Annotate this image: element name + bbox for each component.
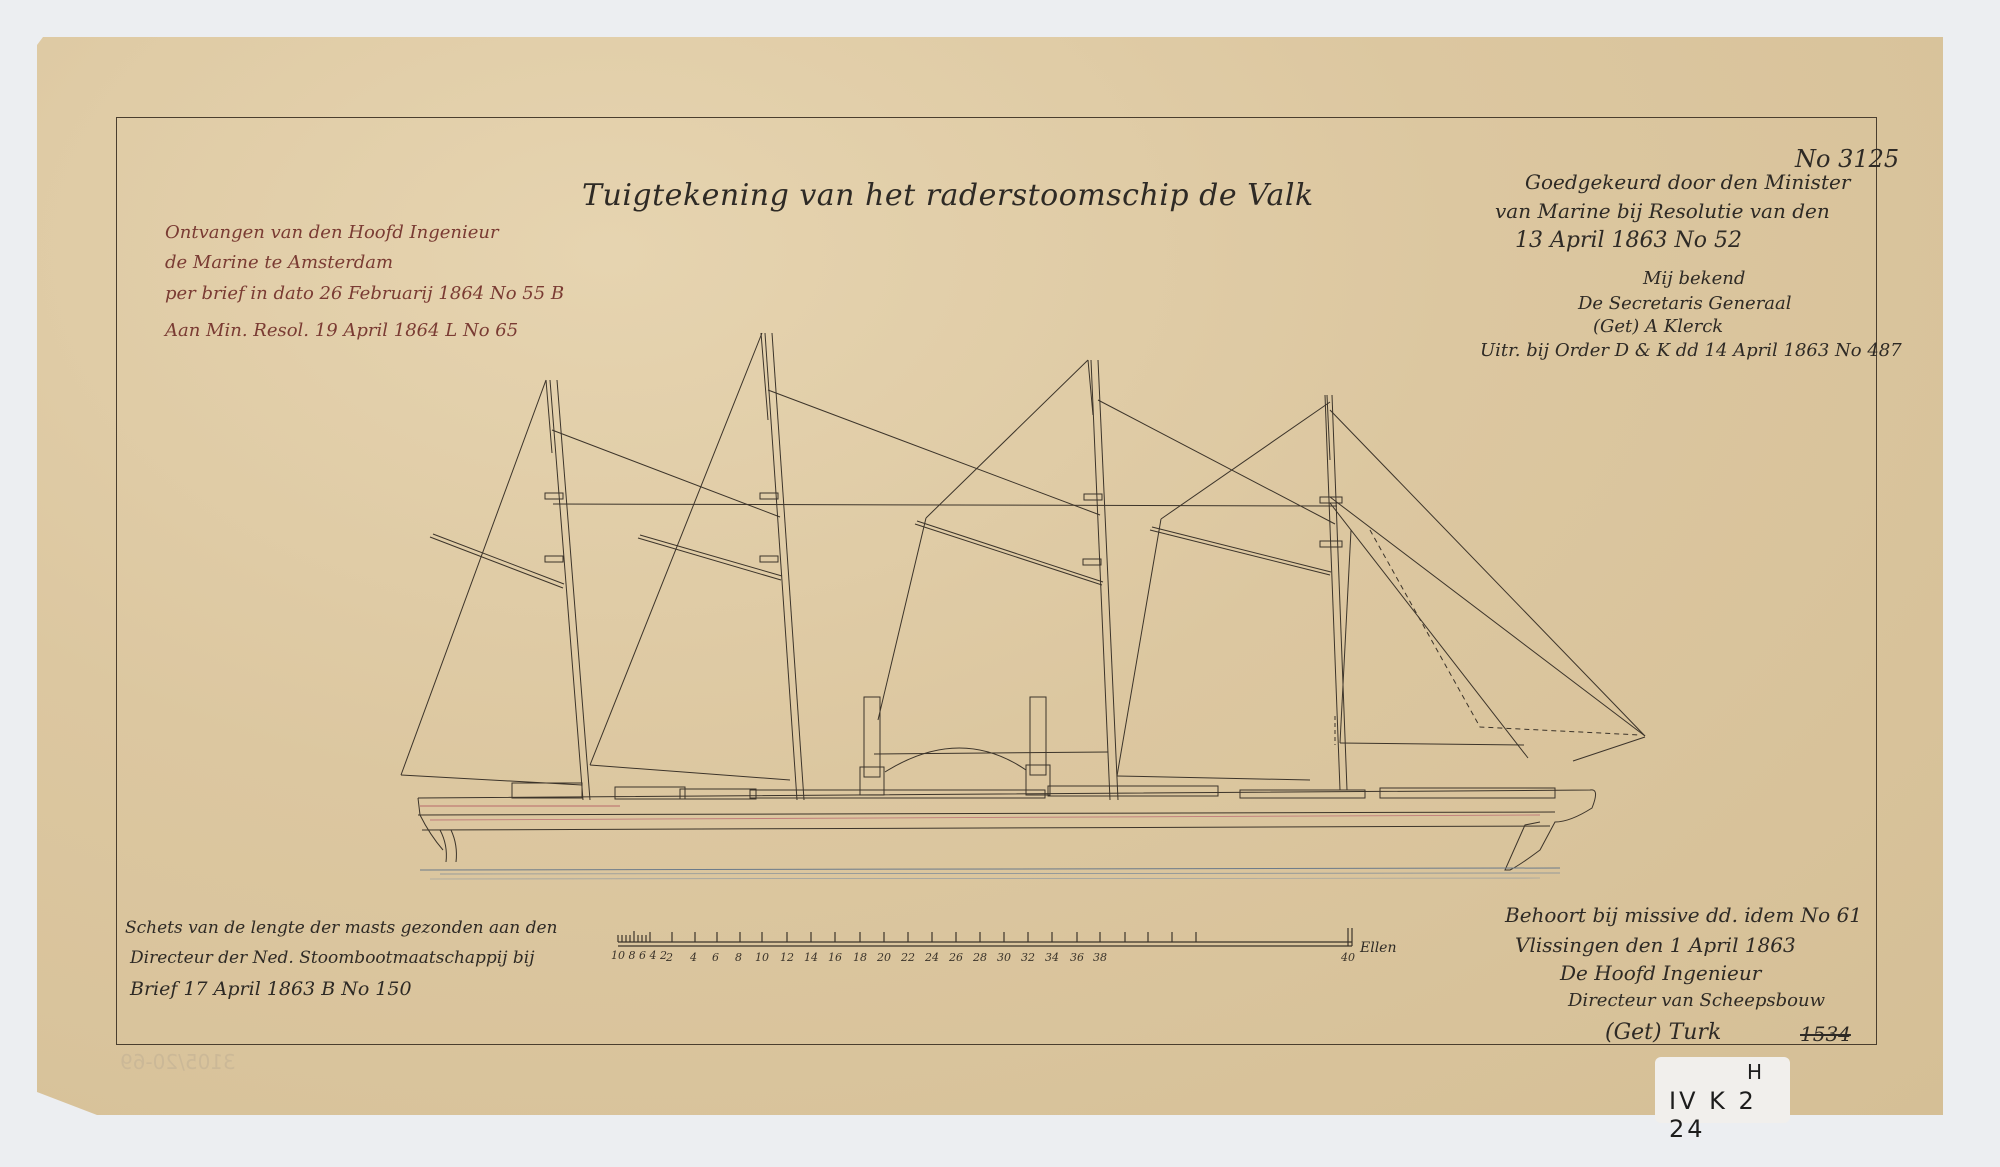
scale-label: 2 xyxy=(666,951,673,964)
scale-unit: Ellen xyxy=(1360,940,1396,956)
approval-line-3: 13 April 1863 No 52 xyxy=(1515,228,1742,253)
scale-label: 8 xyxy=(735,951,742,964)
scale-label: 30 xyxy=(997,951,1011,964)
approval-line-1: Goedgekeurd door den Minister xyxy=(1525,170,1850,194)
drawing-title: Tuigtekening van het raderstoomschip de … xyxy=(582,178,1314,213)
order-note: Uitr. bij Order D & K dd 14 April 1863 N… xyxy=(1480,340,1902,361)
scale-label: 20 xyxy=(877,951,891,964)
struck-number: 1534 xyxy=(1800,1022,1851,1046)
secretary-signature: (Get) A Klerck xyxy=(1593,316,1723,337)
engineer-signature: (Get) Turk xyxy=(1605,1020,1721,1045)
scale-label: 16 xyxy=(828,951,842,964)
scale-label: 14 xyxy=(804,951,818,964)
scale-label: 34 xyxy=(1045,951,1059,964)
receipt-note-line-1: Ontvangen van den Hoofd Ingenieur xyxy=(165,222,499,243)
scale-bar xyxy=(618,928,1352,946)
scale-label: 6 xyxy=(712,951,719,964)
receipt-note-line-2: de Marine te Amsterdam xyxy=(165,252,393,273)
scale-label: 28 xyxy=(973,951,987,964)
scale-label: 24 xyxy=(925,951,939,964)
scale-label: 36 xyxy=(1070,951,1084,964)
sketch-note-line-2: Directeur der Ned. Stoombootmaatschappij… xyxy=(130,948,535,968)
scale-label: 26 xyxy=(949,951,963,964)
resolution-note: Aan Min. Resol. 19 April 1864 L No 65 xyxy=(165,320,518,341)
scale-label: 22 xyxy=(901,951,915,964)
sketch-note-line-1: Schets van de lengte der masts gezonden … xyxy=(125,918,558,938)
scale-sub-labels: 10 8 6 4 2 xyxy=(611,949,667,962)
belongs-note-line-1: Behoort bij missive dd. idem No 61 xyxy=(1505,903,1862,927)
archive-label-code: IV K 2 24 xyxy=(1669,1087,1790,1143)
scale-label: 40 xyxy=(1341,951,1355,964)
scale-label: 4 xyxy=(690,951,697,964)
scale-label: 32 xyxy=(1021,951,1035,964)
archive-number: No 3125 xyxy=(1795,145,1899,173)
faded-stamp: 3105/20-69 xyxy=(120,1050,236,1074)
archive-label: H IV K 2 24 xyxy=(1655,1057,1790,1123)
scale-label: 38 xyxy=(1093,951,1107,964)
scale-label: 18 xyxy=(853,951,867,964)
belongs-note-line-2: Vlissingen den 1 April 1863 xyxy=(1515,933,1796,957)
scale-label: 12 xyxy=(780,951,794,964)
archive-label-top: H xyxy=(1747,1060,1762,1084)
receipt-note-line-3: per brief in dato 26 Februarij 1864 No 5… xyxy=(165,283,564,304)
approval-line-2: van Marine bij Resolutie van den xyxy=(1495,199,1830,223)
belongs-note-line-3: De Hoofd Ingenieur xyxy=(1560,961,1761,985)
belongs-note-line-4: Directeur van Scheepsbouw xyxy=(1568,990,1825,1011)
sketch-note-line-3: Brief 17 April 1863 B No 150 xyxy=(130,978,412,1000)
scale-label: 10 xyxy=(755,951,769,964)
acknowledged-note: Mij bekend xyxy=(1643,268,1745,289)
secretary-title: De Secretaris Generaal xyxy=(1578,293,1792,314)
